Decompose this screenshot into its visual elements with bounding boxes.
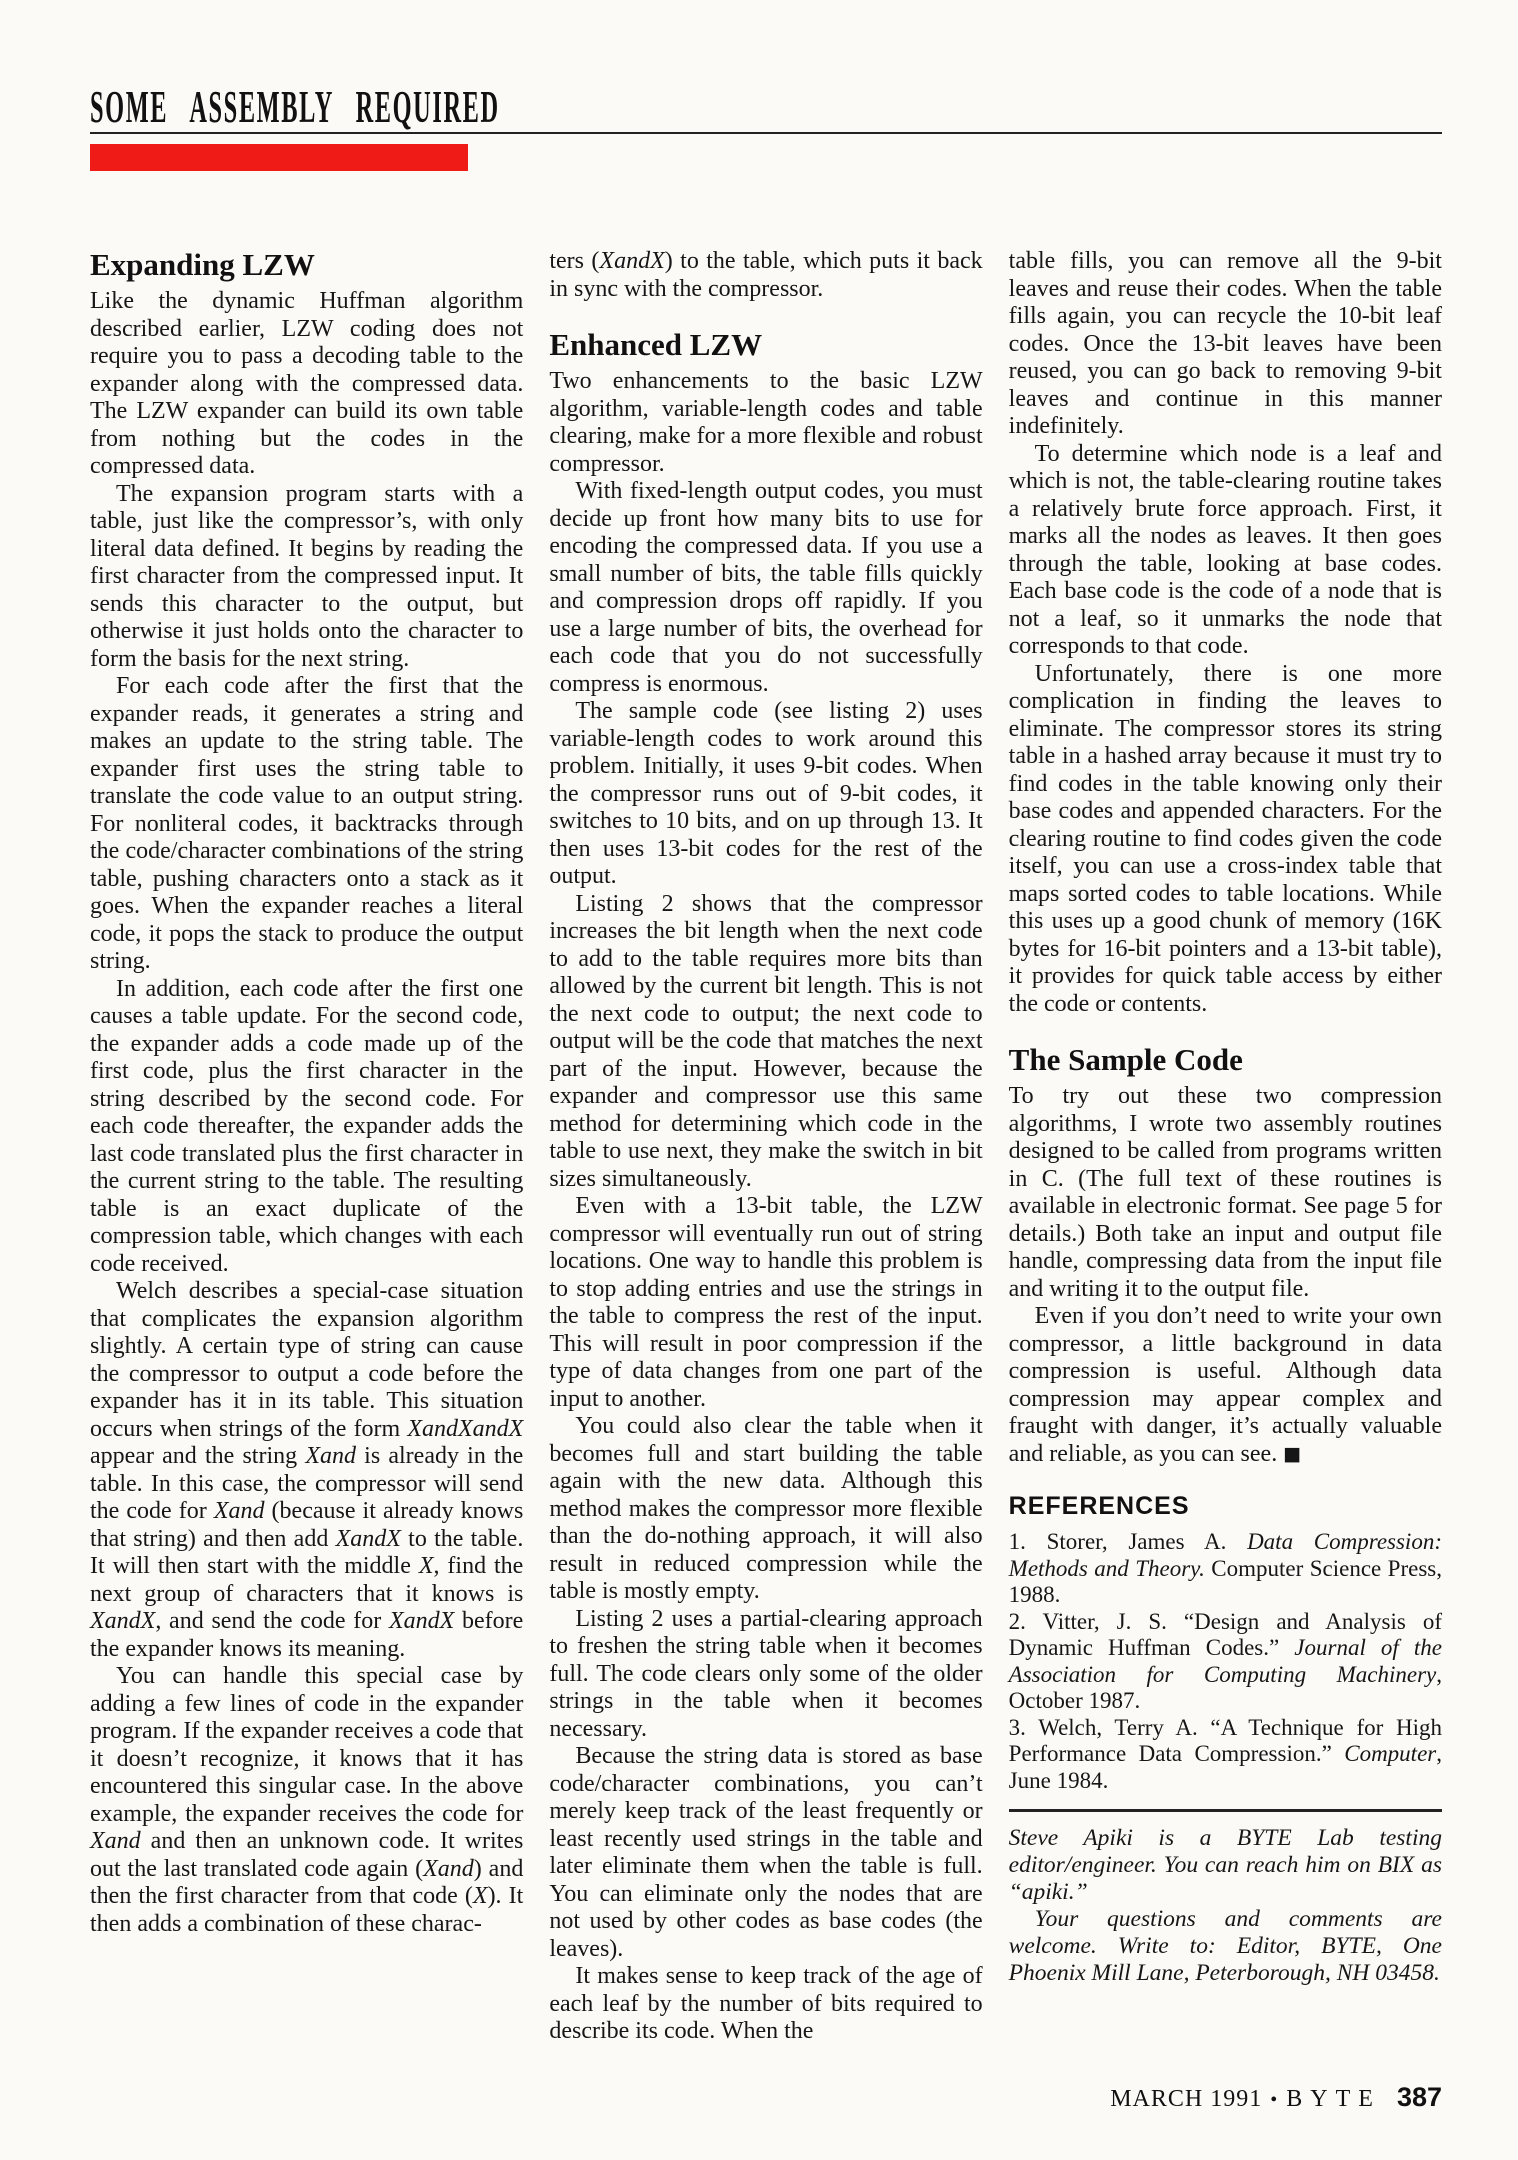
bio-paragraph: Your questions and comments are welcome.… [1009, 1906, 1442, 1987]
sample-code-heading: The Sample Code [1009, 1043, 1442, 1076]
text-run: Your questions and comments are welcome.… [1009, 1906, 1442, 1986]
article-paragraph: To try out these two compression algorit… [1009, 1083, 1442, 1303]
reference-item: 2. Vitter, J. S. “Design and Analysis of… [1009, 1609, 1442, 1715]
page-footer: MARCH 1991•BYTE387 [1110, 2082, 1442, 2113]
end-of-article-marker: ■ [1283, 1443, 1301, 1465]
text-run: You can handle this special case by addi… [90, 1663, 523, 1827]
text-run: , and send the code for [155, 1608, 389, 1634]
text-run: table fills, you can remove all the 9-bi… [1009, 248, 1442, 439]
text-run: It makes sense to keep track of the age … [549, 1963, 982, 2044]
article-paragraph: table fills, you can remove all the 9-bi… [1009, 248, 1442, 441]
column-3: table fills, you can remove all the 9-bi… [1009, 248, 1442, 2046]
article-paragraph: With fixed-length output codes, you must… [549, 478, 982, 698]
enhanced-lzw-heading: Enhanced LZW [549, 328, 982, 361]
italic-run: XandX [336, 1526, 401, 1552]
italic-run: Xand [305, 1443, 356, 1469]
article-paragraph: The expansion program starts with a tabl… [90, 481, 523, 674]
article-paragraph: Listing 2 uses a partial-clearing approa… [549, 1606, 982, 1744]
article-paragraph: ters (XandX) to the table, which puts it… [549, 248, 982, 303]
text-run: Unfortunately, there is one more complic… [1009, 661, 1442, 1017]
text-run: To determine which node is a leaf and wh… [1009, 441, 1442, 660]
text-run: ters ( [549, 248, 599, 274]
text-run: You could also clear the table when it b… [549, 1413, 982, 1604]
article-paragraph: You can handle this special case by addi… [90, 1663, 523, 1938]
article-paragraph: Even with a 13-bit table, the LZW compre… [549, 1193, 982, 1413]
italic-run: XandXandX [407, 1416, 523, 1442]
text-run: To try out these two compression algorit… [1009, 1083, 1442, 1302]
text-run: In addition, each code after the first o… [90, 976, 523, 1277]
text-run: The sample code (see listing 2) uses var… [549, 698, 982, 889]
footer-bullet: • [1270, 2089, 1278, 2111]
article-paragraph: Even if you don’t need to write your own… [1009, 1303, 1442, 1468]
article-body: Expanding LZWLike the dynamic Huffman al… [90, 248, 1442, 2046]
reference-item: 1. Storer, James A. Data Compression: Me… [1009, 1529, 1442, 1609]
footer-page-number: 387 [1397, 2082, 1442, 2112]
column-1: Expanding LZWLike the dynamic Huffman al… [90, 248, 523, 2046]
article-paragraph: Because the string data is stored as bas… [549, 1743, 982, 1963]
text-run: 1. Storer, James A. [1009, 1529, 1247, 1554]
italic-run: XandX [389, 1608, 454, 1634]
column-2: ters (XandX) to the table, which puts it… [549, 248, 982, 2046]
kicker-rule [90, 132, 1442, 134]
article-paragraph: To determine which node is a leaf and wh… [1009, 441, 1442, 661]
magazine-page: SOME ASSEMBLY REQUIRED Expanding LZWLike… [0, 0, 1518, 2160]
reference-item: 3. Welch, Terry A. “A Technique for High… [1009, 1715, 1442, 1795]
bio-paragraph: Steve Apiki is a BYTE Lab testing editor… [1009, 1825, 1442, 1906]
italic-run: XandX [599, 248, 664, 274]
text-run: The expansion program starts with a tabl… [90, 481, 523, 672]
bio-divider-rule [1009, 1809, 1442, 1812]
footer-brand: BYTE [1286, 2086, 1381, 2112]
italic-run: Xand [90, 1828, 141, 1854]
article-paragraph: Welch describes a special-case situation… [90, 1278, 523, 1663]
text-run: Listing 2 shows that the compressor incr… [549, 891, 982, 1192]
red-accent-bar [90, 144, 468, 171]
article-paragraph: You could also clear the table when it b… [549, 1413, 982, 1606]
article-paragraph: Listing 2 shows that the compressor incr… [549, 891, 982, 1194]
text-run: Like the dynamic Huffman algorithm descr… [90, 288, 523, 479]
article-paragraph: For each code after the first that the e… [90, 673, 523, 976]
article-paragraph: Unfortunately, there is one more complic… [1009, 661, 1442, 1019]
article-paragraph: It makes sense to keep track of the age … [549, 1963, 982, 2046]
footer-issue: MARCH 1991 [1110, 2086, 1262, 2112]
italic-run: X [473, 1883, 488, 1909]
expanding-lzw-heading: Expanding LZW [90, 248, 523, 281]
text-run: Even if you don’t need to write your own… [1009, 1303, 1442, 1467]
italic-run: X [419, 1553, 434, 1579]
italic-run: Computer [1344, 1741, 1436, 1766]
kicker-title: SOME ASSEMBLY REQUIRED [90, 85, 500, 129]
text-run: Because the string data is stored as bas… [549, 1743, 982, 1962]
text-run: Even with a 13-bit table, the LZW compre… [549, 1193, 982, 1412]
article-paragraph: In addition, each code after the first o… [90, 976, 523, 1279]
text-run: Steve Apiki is a BYTE Lab testing editor… [1009, 1825, 1442, 1905]
text-run: For each code after the first that the e… [90, 673, 523, 974]
text-run: Two enhancements to the basic LZW algori… [549, 368, 982, 477]
italic-run: Xand [423, 1856, 474, 1882]
text-run: appear and the string [90, 1443, 305, 1469]
kicker: SOME ASSEMBLY REQUIRED [90, 85, 863, 129]
article-paragraph: Like the dynamic Huffman algorithm descr… [90, 288, 523, 481]
article-paragraph: Two enhancements to the basic LZW algori… [549, 368, 982, 478]
text-run: Listing 2 uses a partial-clearing approa… [549, 1606, 982, 1742]
references-heading: REFERENCES [1009, 1492, 1442, 1521]
text-run: With fixed-length output codes, you must… [549, 478, 982, 697]
italic-run: XandX [90, 1608, 155, 1634]
article-paragraph: The sample code (see listing 2) uses var… [549, 698, 982, 891]
italic-run: Xand [214, 1498, 265, 1524]
